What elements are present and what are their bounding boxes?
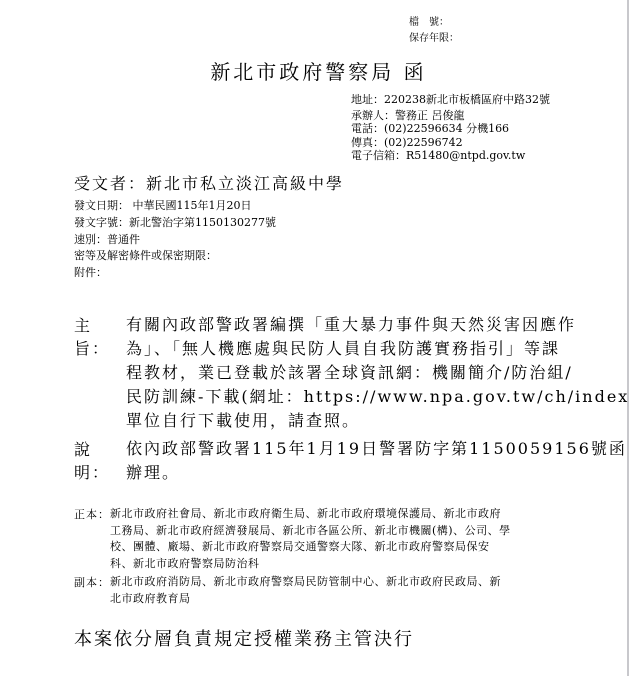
speed-class: 速別：普通件 <box>74 232 276 249</box>
email: 電子信箱：R51480@ntpd.gov.tw <box>351 149 550 163</box>
contact-info: 地址：220238新北市板橋區府中路32號 承辦人：警務正 呂俊龍 電話：(02… <box>351 93 550 163</box>
subject-line: 有關內政部警政署編撰「重大暴力事件與天然災害因應作 <box>126 313 566 337</box>
description-line: 依內政部警政署115年1月19日警署防字第1150059156號函 <box>126 437 566 461</box>
subject-line: 為」、「無人機應處與民防人員自我防護實務指引」等課 <box>126 337 566 361</box>
recipient-line: 科、新北市政府警察局防治科 <box>110 556 511 573</box>
copy-recipients-label: 副本： <box>74 574 110 607</box>
main-recipients-body: 新北市政府社會局、新北市政府衛生局、新北市政府環境保護局、新北市政府 工務局、新… <box>110 506 511 572</box>
issue-number: 發文字號：新北警治字第1150130277號 <box>74 215 276 232</box>
description-line: 辦理。 <box>126 461 566 485</box>
recipient: 受文者：新北市私立淡江高級中學 <box>74 171 344 194</box>
description-label: 說明： <box>74 437 126 485</box>
main-recipients: 正本： 新北市政府社會局、新北市政府衛生局、新北市政府環境保護局、新北市政府 工… <box>74 506 511 572</box>
authorization-note: 本案依分層負責規定授權業務主管決行 <box>74 625 414 651</box>
issue-date: 發文日期： 中華民國115年1月20日 <box>74 198 276 215</box>
copy-recipients: 副本： 新北市政府消防局、新北市政府警察局民防管制中心、新北市政府民政局、新 北… <box>74 574 501 607</box>
recipient-line: 工務局、新北市政府經濟發展局、新北市各區公所、新北市機關(構)、公司、學 <box>110 523 511 540</box>
subject-label: 主旨： <box>74 313 126 433</box>
subject-section: 主旨： 有關內政部警政署編撰「重大暴力事件與天然災害因應作 為」、「無人機應處與… <box>74 313 566 433</box>
document-meta: 發文日期： 中華民國115年1月20日 發文字號：新北警治字第115013027… <box>74 198 276 282</box>
recipient-line: 校、團體、廠場、新北市政府警察局交通警察大隊、新北市政府警察局保安 <box>110 539 511 556</box>
subject-line: 民防訓練-下載(網址：https://www.npa.gov.tw/ch/ind… <box>126 385 566 409</box>
main-recipients-label: 正本： <box>74 506 110 572</box>
phone: 電話：(02)22596634 分機166 <box>351 122 550 136</box>
subject-line: 程教材，業已登載於該署全球資訊網：機關簡介/防治組/ <box>126 361 566 385</box>
fax: 傳真：(02)22596742 <box>351 136 550 150</box>
description-section: 說明： 依內政部警政署115年1月19日警署防字第1150059156號函 辦理… <box>74 437 566 485</box>
file-number-field: 檔 號： <box>409 15 459 31</box>
handler: 承辦人：警務正 呂俊龍 <box>351 109 550 123</box>
document-title: 新北市政府警察局 函 <box>0 56 629 85</box>
security-level: 密等及解密條件或保密期限： <box>74 248 276 265</box>
recipient-line: 新北市政府社會局、新北市政府衛生局、新北市政府環境保護局、新北市政府 <box>110 506 511 523</box>
copy-recipients-body: 新北市政府消防局、新北市政府警察局民防管制中心、新北市政府民政局、新 北市政府教… <box>110 574 501 607</box>
retention-period-field: 保存年限： <box>409 31 459 47</box>
recipient-line: 新北市政府消防局、新北市政府警察局民防管制中心、新北市政府民政局、新 <box>110 574 501 591</box>
description-body: 依內政部警政署115年1月19日警署防字第1150059156號函 辦理。 <box>126 437 566 485</box>
archive-info: 檔 號： 保存年限： <box>409 15 459 47</box>
subject-line: 單位自行下載使用，請查照。 <box>126 409 566 433</box>
address: 地址：220238新北市板橋區府中路32號 <box>351 93 550 107</box>
subject-body: 有關內政部警政署編撰「重大暴力事件與天然災害因應作 為」、「無人機應處與民防人員… <box>126 313 566 433</box>
attachment: 附件： <box>74 265 276 282</box>
recipient-line: 北市政府教育局 <box>110 591 501 608</box>
